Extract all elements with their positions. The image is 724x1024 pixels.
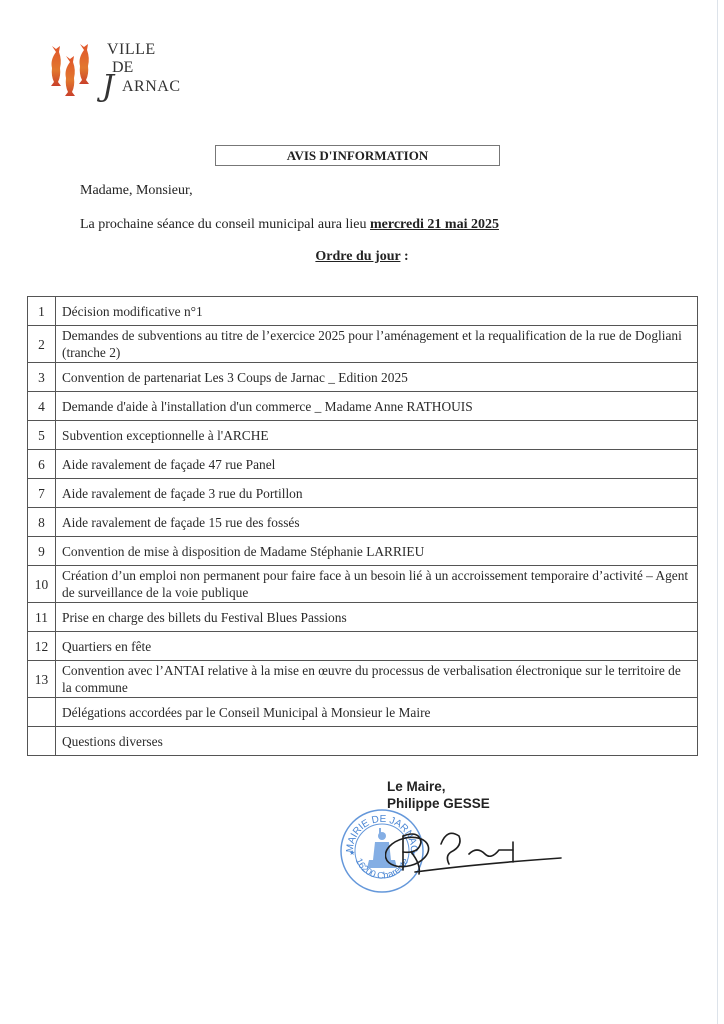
agenda-row: 13Convention avec l’ANTAI relative à la … xyxy=(28,661,698,698)
logo-line-jarnac: ARNAC xyxy=(122,79,181,95)
agenda-item-text: Création d’un emploi non permanent pour … xyxy=(56,566,698,603)
agenda-item-number xyxy=(28,698,56,727)
agenda-item-number: 8 xyxy=(28,508,56,537)
agenda-row: 3Convention de partenariat Les 3 Coups d… xyxy=(28,363,698,392)
agenda-item-number xyxy=(28,727,56,756)
agenda-item-number: 1 xyxy=(28,297,56,326)
mayor-signature xyxy=(385,820,565,880)
agenda-table: 1Décision modificative n°12Demandes de s… xyxy=(27,296,698,756)
agenda-row: 9Convention de mise à disposition de Mad… xyxy=(28,537,698,566)
agenda-row: 5Subvention exceptionnelle à l'ARCHE xyxy=(28,421,698,450)
agenda-item-number: 7 xyxy=(28,479,56,508)
agenda-heading: Ordre du jour : xyxy=(0,249,724,265)
page-edge xyxy=(717,0,718,1024)
agenda-item-text: Questions diverses xyxy=(56,727,698,756)
agenda-row: 6Aide ravalement de façade 47 rue Panel xyxy=(28,450,698,479)
agenda-item-number: 11 xyxy=(28,603,56,632)
meeting-date: mercredi 21 mai 2025 xyxy=(370,217,499,232)
agenda-row: 1Décision modificative n°1 xyxy=(28,297,698,326)
logo-line-ville: VILLE xyxy=(107,42,156,58)
agenda-item-text: Aide ravalement de façade 3 rue du Porti… xyxy=(56,479,698,508)
agenda-item-number: 12 xyxy=(28,632,56,661)
agenda-row: 8Aide ravalement de façade 15 rue des fo… xyxy=(28,508,698,537)
agenda-row: 4Demande d'aide à l'installation d'un co… xyxy=(28,392,698,421)
agenda-item-number: 4 xyxy=(28,392,56,421)
agenda-item-text: Aide ravalement de façade 47 rue Panel xyxy=(56,450,698,479)
notice-title: AVIS D'INFORMATION xyxy=(215,145,500,166)
agenda-item-text: Délégations accordées par le Conseil Mun… xyxy=(56,698,698,727)
agenda-item-text: Convention avec l’ANTAI relative à la mi… xyxy=(56,661,698,698)
agenda-item-text: Demandes de subventions au titre de l’ex… xyxy=(56,326,698,363)
intro-sentence: La prochaine séance du conseil municipal… xyxy=(80,217,499,233)
intro-text: La prochaine séance du conseil municipal… xyxy=(80,217,370,232)
three-fish-icon xyxy=(46,40,106,106)
agenda-row: 11Prise en charge des billets du Festiva… xyxy=(28,603,698,632)
agenda-row: 12Quartiers en fête xyxy=(28,632,698,661)
agenda-row: 10Création d’un emploi non permanent pou… xyxy=(28,566,698,603)
logo-initial: J xyxy=(102,72,114,102)
agenda-item-text: Quartiers en fête xyxy=(56,632,698,661)
agenda-row: Questions diverses xyxy=(28,727,698,756)
agenda-row: 7Aide ravalement de façade 3 rue du Port… xyxy=(28,479,698,508)
svg-text:★: ★ xyxy=(349,849,355,857)
agenda-item-number: 2 xyxy=(28,326,56,363)
salutation: Madame, Monsieur, xyxy=(80,183,193,199)
logo-line-de: DE xyxy=(112,60,133,76)
agenda-item-text: Convention de partenariat Les 3 Coups de… xyxy=(56,363,698,392)
agenda-item-number: 10 xyxy=(28,566,56,603)
agenda-item-text: Convention de mise à disposition de Mada… xyxy=(56,537,698,566)
agenda-item-text: Aide ravalement de façade 15 rue des fos… xyxy=(56,508,698,537)
agenda-item-number: 5 xyxy=(28,421,56,450)
agenda-row: 2Demandes de subventions au titre de l’e… xyxy=(28,326,698,363)
agenda-item-text: Prise en charge des billets du Festival … xyxy=(56,603,698,632)
agenda-item-text: Subvention exceptionnelle à l'ARCHE xyxy=(56,421,698,450)
agenda-item-number: 9 xyxy=(28,537,56,566)
agenda-item-number: 6 xyxy=(28,450,56,479)
signatory-role: Le Maire, xyxy=(387,778,490,795)
agenda-row: Délégations accordées par le Conseil Mun… xyxy=(28,698,698,727)
agenda-heading-text: Ordre du jour xyxy=(315,249,400,264)
ville-de-jarnac-logo: VILLE DE J ARNAC xyxy=(46,40,176,110)
signature-block: Le Maire, Philippe GESSE xyxy=(387,778,490,812)
agenda-item-number: 3 xyxy=(28,363,56,392)
agenda-item-text: Décision modificative n°1 xyxy=(56,297,698,326)
agenda-item-text: Demande d'aide à l'installation d'un com… xyxy=(56,392,698,421)
agenda-item-number: 13 xyxy=(28,661,56,698)
